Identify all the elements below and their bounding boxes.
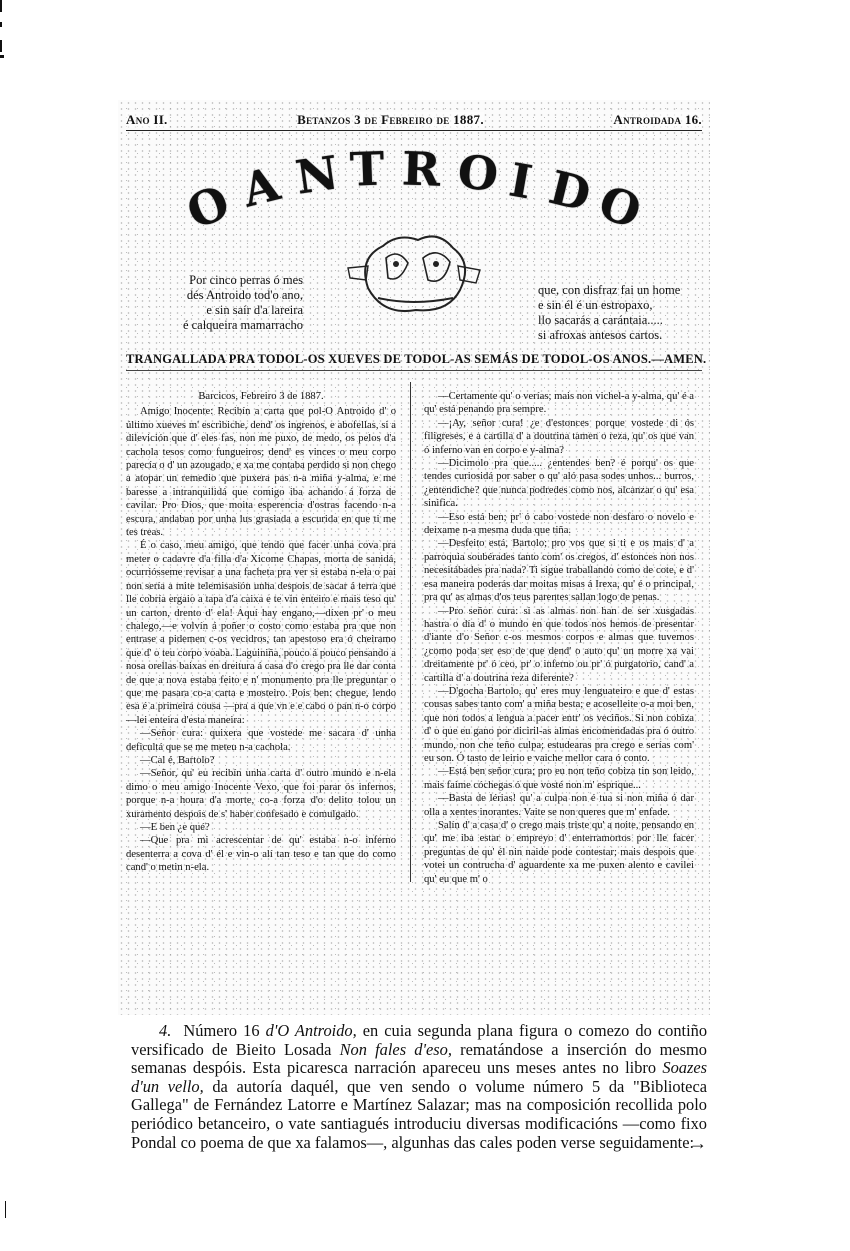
verse-line: é calqueira mamarracho [153,318,303,333]
verse-line: si afroxas antesos cartos. [538,328,680,343]
verse-line: e sin él é un estropaxo, [538,298,680,313]
scan-mark [5,1201,6,1218]
scan-mark [0,0,2,12]
verse-line: llo sacarás a carántaia..... [538,313,680,328]
year-label: Ano II. [126,112,168,128]
continuation-arrow-icon: → [689,1134,707,1153]
caption-text: da autoría daquél, que ven sendo o volum… [131,1077,707,1152]
column-divider [410,382,411,882]
paragraph: Amigo Inocente: Recibín a carta que pol-… [126,405,396,539]
verse-line: que, con disfraz fai un home [538,283,680,298]
masthead-letter: I [505,153,536,210]
paragraph: —¡Ay, señor cura! ¿e d'estonces porque v… [424,417,694,457]
masthead-letter: O [455,144,501,202]
paragraph: —Desfeito está, Bartolo; pro vos que si … [424,537,694,604]
scan-mark [0,22,2,27]
verse-line: e sin saír d'a lareira [153,303,303,318]
caption-text: Número 16 [183,1021,265,1040]
paragraph: —Dicimolo pra que..... ¿entendes ben? é … [424,457,694,511]
paragraph: —Eso está ben; pr' ó cabo vostede non de… [424,511,694,538]
caption-title-italic: d'O Antroido, [266,1021,357,1040]
masthead-motto: TRANGALLADA PRA TODOL-OS XUEVES DE TODOL… [126,352,702,367]
masthead-verse-left: Por cinco perras ó mes dés Antroido tod'… [153,273,303,333]
paragraph: —Señor cura: quixera que vostede me saca… [126,727,396,754]
article-left-column: Barcicos, Febreiro 3 de 1887. Amigo Inoc… [126,390,396,875]
issue-number: Antroidada 16. [613,112,702,128]
masthead-letter: N [292,145,341,204]
paragraph: —D'gocha Bartolo, qu' eres muy lenguatei… [424,685,694,765]
newspaper-page-scan: Ano II. Betanzos 3 de Febreiro de 1887. … [118,100,710,1015]
paragraph: —Pro señor cura: si as almas non han de … [424,605,694,685]
masthead-letter: A [237,156,285,217]
paragraph: É o caso, meu amigo, que tendo que facer… [126,539,396,727]
masthead-letter: O [179,174,236,239]
caption-number: 4. [159,1021,171,1040]
newspaper-header: Ano II. Betanzos 3 de Febreiro de 1887. … [126,110,702,131]
paragraph: —Certamente qu' o verías; mais non viche… [424,390,694,417]
verse-line: Por cinco perras ó mes [153,273,303,288]
paragraph: —E ben ¿e qué? [126,821,396,834]
paragraph: —Que pra mi acrescentar de qu' estaba n-… [126,834,396,874]
scan-mark [0,55,4,58]
article-right-column: —Certamente qu' o verías; mais non viche… [424,390,694,886]
scan-mark [0,40,2,52]
divider [126,370,702,371]
paragraph: —Cal é, Bartolo? [126,754,396,767]
paragraph: —Está ben señor cura; pro eu non teño co… [424,765,694,792]
paragraph: —Señor, qu' eu recibín unha carta d' out… [126,767,396,821]
masthead-letter: R [401,141,441,196]
paragraph: —Basta de lérias! qu' a culpa non é tua … [424,792,694,819]
caption-title-italic: Non fales d'eso, [340,1040,452,1059]
masthead-title: O A N T R O I D O [188,142,638,232]
verse-line: dés Antroido tod'o ano, [153,288,303,303]
masthead-letter: D [544,160,596,222]
carnival-masks-illustration [338,228,488,318]
place-date: Betanzos 3 de Febreiro de 1887. [297,112,484,128]
dateline: Barcicos, Febreiro 3 de 1887. [126,390,396,403]
paragraph: Salín d' a casa d' o crego mais triste q… [424,819,694,886]
masthead-verse-right: que, con disfraz fai un home e sin él é … [538,283,680,343]
figure-caption: 4. Número 16 d'O Antroido, en cuia segun… [131,1022,707,1152]
masthead-letter: O [592,175,648,239]
masthead-letter: T [349,141,385,196]
